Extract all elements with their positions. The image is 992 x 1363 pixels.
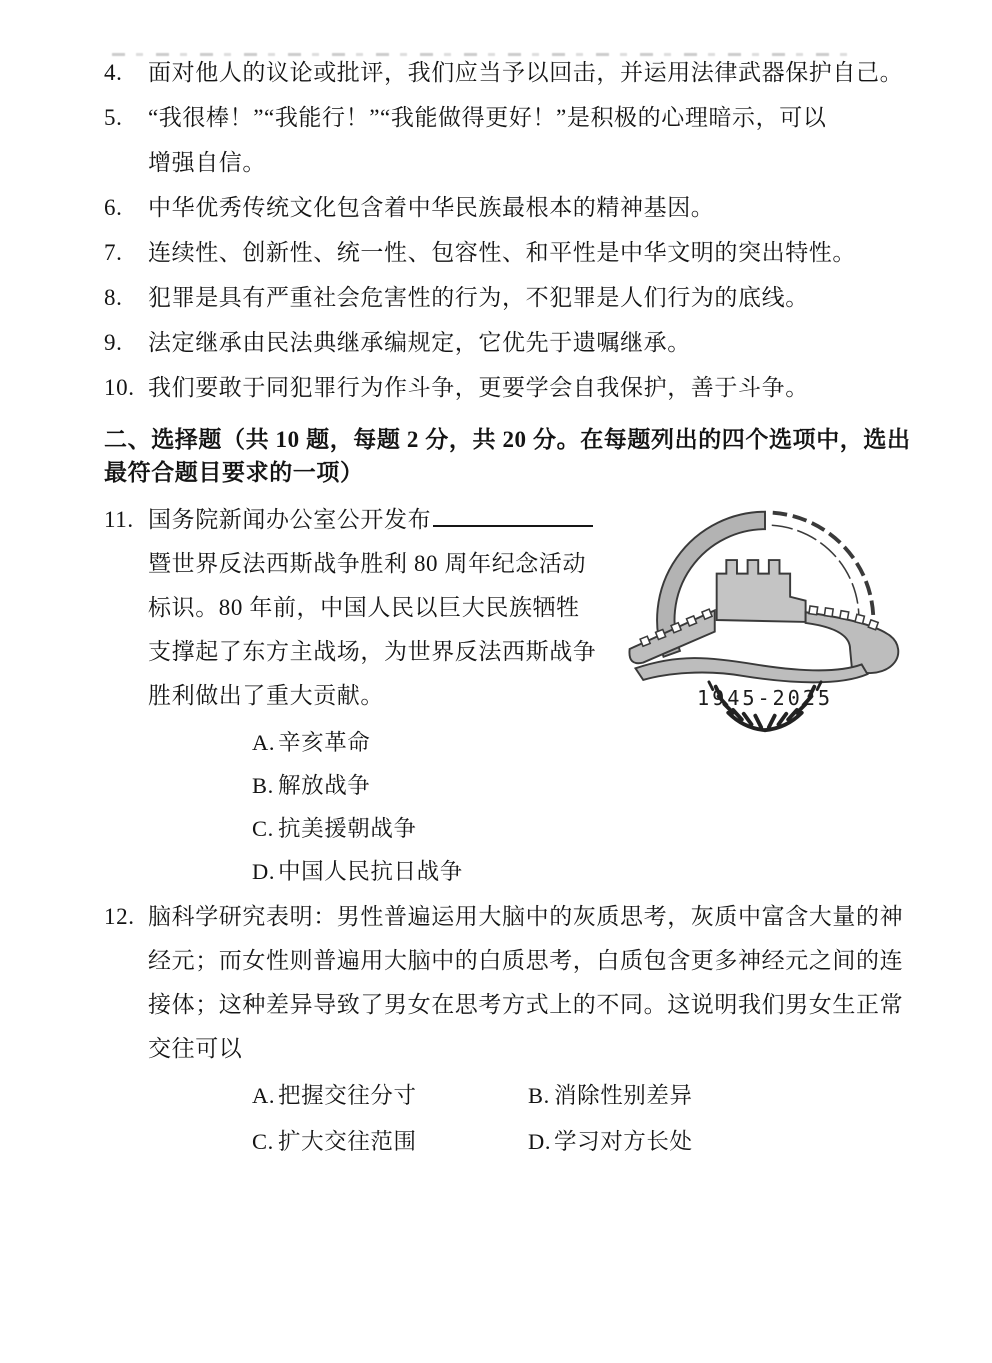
option-text: 消除性别差异 (554, 1083, 693, 1108)
question-12: 12. 脑科学研究表明：男性普遍运用大脑中的灰质思考，灰质中富含大量的神 经元；… (104, 895, 992, 1165)
section-2-header-line2: 最符合题目要求的一项） (104, 456, 992, 489)
option-label: D. (252, 850, 278, 893)
question-number: 11. (104, 498, 148, 718)
statement-item-10: 10. 我们要敢于同犯罪行为作斗争，更要学会自我保护，善于斗争。 (104, 365, 992, 410)
question-12-line2: 经元；而女性则普遍用大脑中的白质思考，白质包含更多神经元之间的连 (148, 939, 976, 983)
statement-number: 7. (104, 230, 148, 275)
option-text: 辛亥革命 (278, 730, 370, 755)
wall-right-segment (806, 612, 899, 673)
statement-item-8: 8. 犯罪是具有严重社会危害性的行为，不犯罪是人们行为的底线。 (104, 275, 992, 320)
question-11: 11. 国务院新闻办公室公开发布 暨世界反法西斯战争胜利 80 周年纪念活动 标… (104, 498, 992, 893)
option-a: A.把握交往分寸 (252, 1073, 528, 1119)
statement-number: 10. (104, 365, 148, 410)
question-12-line4: 交往可以 (148, 1027, 976, 1071)
statement-item-9: 9. 法定继承由民法典继承编规定，它优先于遗嘱继承。 (104, 320, 992, 365)
statement-item-6: 6. 中华优秀传统文化包含着中华民族最根本的精神基因。 (104, 185, 992, 230)
exam-page: 4. 面对他人的议论或批评，我们应当予以回击，并运用法律武器保护自己。 5. “… (0, 0, 992, 1363)
option-label: C. (252, 1119, 278, 1165)
question-11-line3: 标识。80 年前，中国人民以巨大民族牺牲 (148, 586, 630, 630)
question-11-line4: 支撑起了东方主战场，为世界反法西斯战争 (148, 630, 630, 674)
question-12-line3: 接体；这种差异导致了男女在思考方式上的不同。这说明我们男女生正常 (148, 983, 976, 1027)
option-label: C. (252, 807, 278, 850)
option-text: 解放战争 (278, 773, 370, 798)
option-text: 扩大交往范围 (278, 1129, 417, 1154)
question-number: 12. (104, 895, 148, 1071)
statement-number: 9. (104, 320, 148, 365)
option-text: 中国人民抗日战争 (278, 859, 463, 884)
option-d: D.中国人民抗日战争 (252, 850, 992, 893)
option-text: 学习对方长处 (554, 1129, 693, 1154)
statement-item-7: 7. 连续性、创新性、统一性、包容性、和平性是中华文明的突出特性。 (104, 230, 992, 275)
statement-text: 我们要敢于同犯罪行为作斗争，更要学会自我保护，善于斗争。 (148, 365, 992, 410)
statement-text: 连续性、创新性、统一性、包容性、和平性是中华文明的突出特性。 (148, 230, 992, 275)
option-label: D. (528, 1119, 554, 1165)
question-11-line5: 胜利做出了重大贡献。 (148, 674, 630, 718)
statement-item-5: 5. “我很棒！”“我能行！”“我能做得更好！”是积极的心理暗示，可以 增强自信… (104, 95, 992, 185)
option-text: 抗美援朝战争 (278, 816, 417, 841)
statement-item-4: 4. 面对他人的议论或批评，我们应当予以回击，并运用法律武器保护自己。 (104, 50, 992, 95)
statement-number: 6. (104, 185, 148, 230)
option-label: A. (252, 1073, 278, 1119)
option-label: B. (528, 1073, 554, 1119)
question-12-options: A.把握交往分寸 B.消除性别差异 C.扩大交往范围 D.学习对方长处 (252, 1073, 992, 1165)
fill-in-blank-line (433, 507, 593, 527)
section-2-header-line1: 二、选择题（共 10 题，每题 2 分，共 20 分。在每题列出的四个选项中，选… (104, 423, 992, 456)
statement-number: 4. (104, 50, 148, 95)
option-c: C.扩大交往范围 (252, 1119, 528, 1165)
statement-text: “我很棒！”“我能行！”“我能做得更好！”是积极的心理暗示，可以 (148, 95, 992, 140)
option-b: B.消除性别差异 (528, 1073, 992, 1119)
option-label: A. (252, 721, 278, 764)
option-d: D.学习对方长处 (528, 1119, 992, 1165)
option-b: B.解放战争 (252, 764, 992, 807)
statement-text: 犯罪是具有严重社会危害性的行为，不犯罪是人们行为的底线。 (148, 275, 992, 320)
option-c: C.抗美援朝战争 (252, 807, 992, 850)
question-11-line2: 暨世界反法西斯战争胜利 80 周年纪念活动 (148, 542, 630, 586)
question-11-stem: 国务院新闻办公室公开发布 (148, 507, 431, 532)
statement-text: 中华优秀传统文化包含着中华民族最根本的精神基因。 (148, 185, 992, 230)
question-11-line1: 国务院新闻办公室公开发布 (148, 498, 630, 542)
statement-text: 增强自信。 (148, 140, 992, 185)
statement-number: 8. (104, 275, 148, 320)
wall-tower (717, 560, 806, 622)
great-wall-emblem: 1945-2025 (590, 504, 940, 736)
question-11-options: A.辛亥革命 B.解放战争 C.抗美援朝战争 D.中国人民抗日战争 (252, 721, 992, 893)
page-content: 4. 面对他人的议论或批评，我们应当予以回击，并运用法律武器保护自己。 5. “… (0, 50, 992, 1165)
statement-number: 5. (104, 95, 148, 185)
question-12-line1: 脑科学研究表明：男性普遍运用大脑中的灰质思考，灰质中富含大量的神 (148, 895, 976, 939)
statement-text: 面对他人的议论或批评，我们应当予以回击，并运用法律武器保护自己。 (148, 50, 992, 95)
option-text: 把握交往分寸 (278, 1083, 417, 1108)
question-11-text: 国务院新闻办公室公开发布 暨世界反法西斯战争胜利 80 周年纪念活动 标识。80… (148, 498, 630, 718)
statement-text: 法定继承由民法典继承编规定，它优先于遗嘱继承。 (148, 320, 992, 365)
option-label: B. (252, 764, 278, 807)
question-12-text: 脑科学研究表明：男性普遍运用大脑中的灰质思考，灰质中富含大量的神 经元；而女性则… (148, 895, 976, 1071)
section-2-header: 二、选择题（共 10 题，每题 2 分，共 20 分。在每题列出的四个选项中，选… (104, 423, 992, 489)
wall-bottom-sweep (635, 658, 867, 682)
